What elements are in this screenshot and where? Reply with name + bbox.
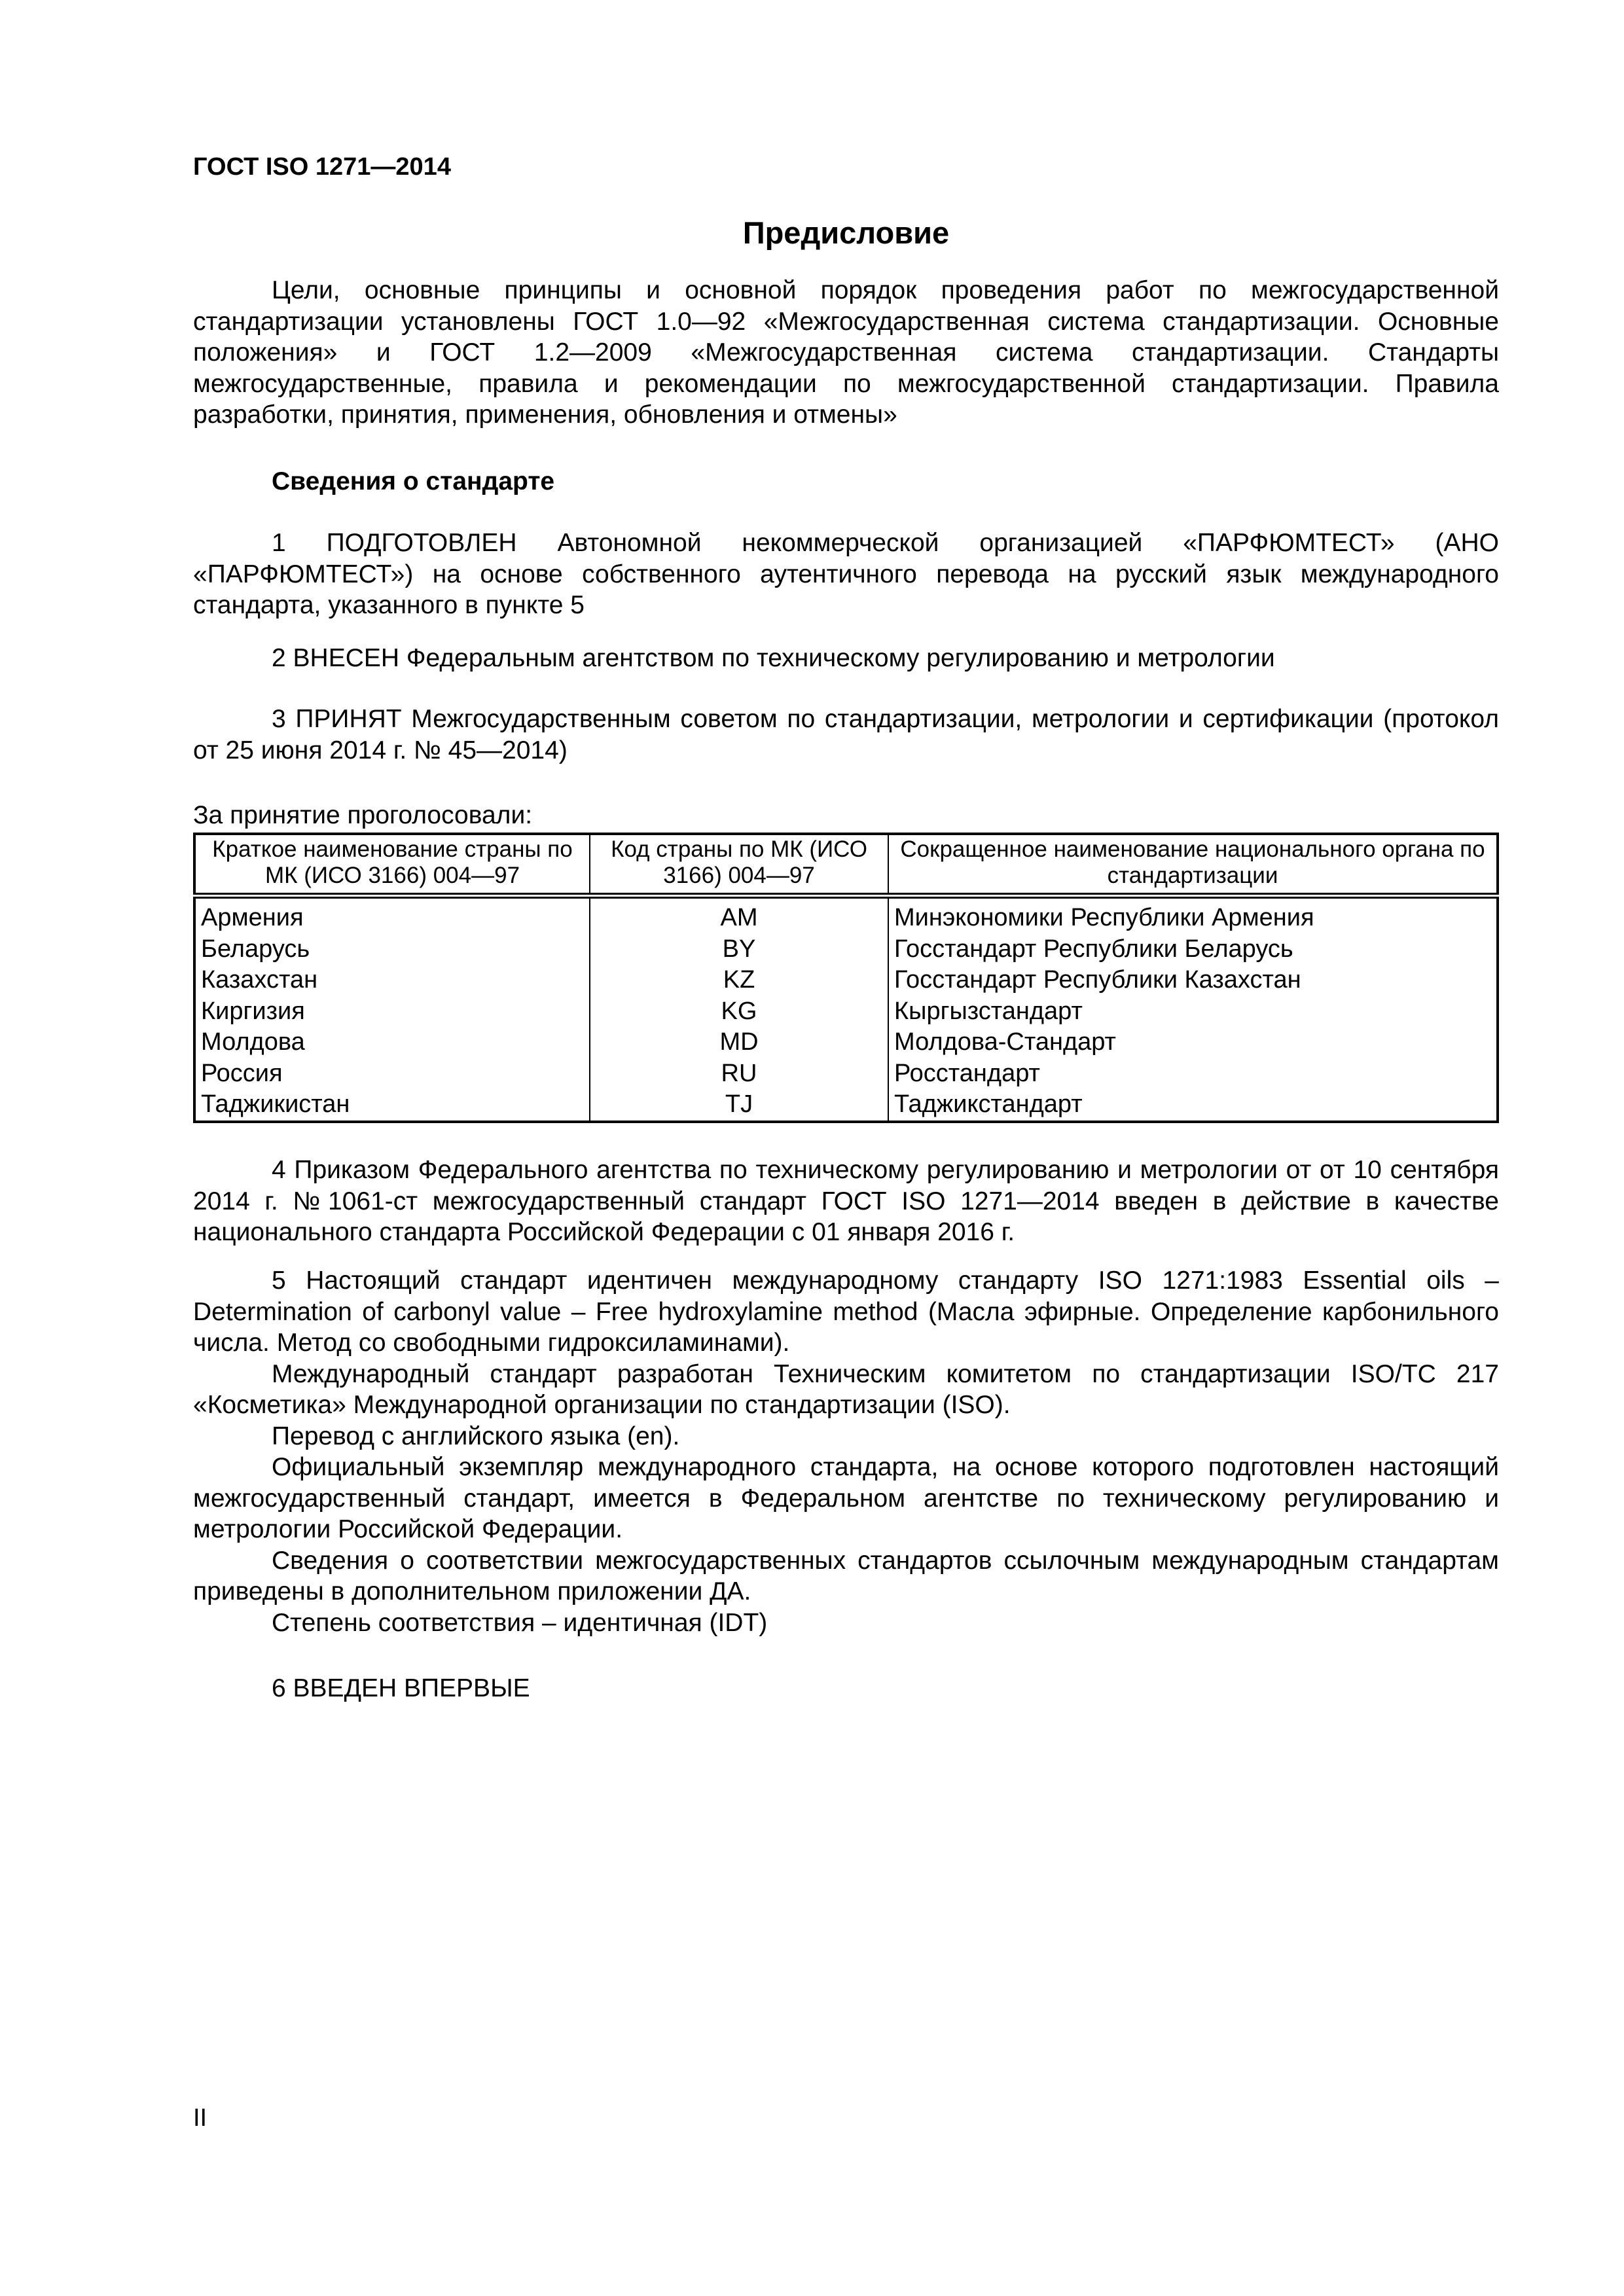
country-code: BY: [590, 934, 888, 965]
standard-info-heading: Сведения о стандарте: [193, 466, 1499, 497]
item-5-paragraph-3: Перевод с английского языка (en).: [193, 1421, 1499, 1452]
info-item-2-block: 2 ВНЕСЕН Федеральным агентством по техни…: [193, 643, 1499, 674]
country-code: KZ: [590, 965, 888, 996]
item-5-paragraph-2: Международный стандарт разработан Технич…: [193, 1359, 1499, 1421]
table-header-row: Краткое наименование страны по МК (ИСО 3…: [194, 834, 1498, 896]
document-id: ГОСТ ISO 1271—2014: [193, 153, 451, 181]
country-name: Казахстан: [194, 965, 590, 996]
table-row: Армения AM Минэкономики Республики Армен…: [194, 896, 1498, 934]
info-item-2: 2 ВНЕСЕН Федеральным агентством по техни…: [193, 643, 1499, 674]
country-code: TJ: [590, 1089, 888, 1122]
intro-paragraph: Цели, основные принципы и основной поряд…: [193, 275, 1499, 431]
item-6-paragraph: 6 ВВЕДЕН ВПЕРВЫЕ: [193, 1673, 1499, 1704]
header-country-code: Код страны по МК (ИСО 3166) 004—97: [590, 834, 888, 896]
national-body: Госстандарт Республики Казахстан: [888, 965, 1498, 996]
header-national-body: Сокращенное наименование национального о…: [888, 834, 1498, 896]
item-5-block: 5 Настоящий стандарт идентичен междунаро…: [193, 1265, 1499, 1638]
item-5-paragraph-1: 5 Настоящий стандарт идентичен междунаро…: [193, 1265, 1499, 1359]
country-name: Армения: [194, 896, 590, 934]
country-name: Таджикистан: [194, 1089, 590, 1122]
country-code: AM: [590, 896, 888, 934]
table-row: Россия RU Росстандарт: [194, 1058, 1498, 1090]
country-code: MD: [590, 1027, 888, 1058]
page-number: II: [193, 2104, 207, 2132]
country-code: KG: [590, 996, 888, 1028]
item-5-paragraph-4: Официальный экземпляр международного ста…: [193, 1452, 1499, 1545]
info-item-1: 1 ПОДГОТОВЛЕН Автономной некоммерческой …: [193, 528, 1499, 621]
item-5-paragraph-5: Сведения о соответствии межгосударственн…: [193, 1545, 1499, 1607]
national-body: Таджикстандарт: [888, 1089, 1498, 1122]
country-code: RU: [590, 1058, 888, 1090]
standard-info-heading-block: Сведения о стандарте: [193, 466, 1499, 497]
info-item-1-block: 1 ПОДГОТОВЛЕН Автономной некоммерческой …: [193, 528, 1499, 621]
info-item-3-block: 3 ПРИНЯТ Межгосударственным советом по с…: [193, 704, 1499, 766]
item-6-block: 6 ВВЕДЕН ВПЕРВЫЕ: [193, 1673, 1499, 1704]
national-body: Минэкономики Республики Армения: [888, 896, 1498, 934]
table-row: Казахстан KZ Госстандарт Республики Каза…: [194, 965, 1498, 996]
header-country-name: Краткое наименование страны по МК (ИСО 3…: [194, 834, 590, 896]
country-name: Киргизия: [194, 996, 590, 1028]
national-body: Кыргызстандарт: [888, 996, 1498, 1028]
national-body: Госстандарт Республики Беларусь: [888, 934, 1498, 965]
page-title: Предисловие: [193, 215, 1499, 251]
item-5-paragraph-6: Степень соответствия – идентичная (IDT): [193, 1607, 1499, 1639]
national-body: Молдова-Стандарт: [888, 1027, 1498, 1058]
voting-countries-table: Краткое наименование страны по МК (ИСО 3…: [193, 833, 1499, 1123]
country-name: Беларусь: [194, 934, 590, 965]
item-4-paragraph: 4 Приказом Федерального агентства по тех…: [193, 1155, 1499, 1248]
item-4-block: 4 Приказом Федерального агентства по тех…: [193, 1155, 1499, 1248]
votes-label: За принятие проголосовали:: [193, 800, 1499, 831]
table-row: Беларусь BY Госстандарт Республики Белар…: [194, 934, 1498, 965]
national-body: Росстандарт: [888, 1058, 1498, 1090]
table-row: Киргизия KG Кыргызстандарт: [194, 996, 1498, 1028]
info-item-3: 3 ПРИНЯТ Межгосударственным советом по с…: [193, 704, 1499, 766]
votes-label-block: За принятие проголосовали:: [193, 800, 1499, 831]
table-row: Таджикистан TJ Таджикстандарт: [194, 1089, 1498, 1122]
country-name: Молдова: [194, 1027, 590, 1058]
intro-section: Цели, основные принципы и основной поряд…: [193, 275, 1499, 431]
country-name: Россия: [194, 1058, 590, 1090]
table-row: Молдова MD Молдова-Стандарт: [194, 1027, 1498, 1058]
